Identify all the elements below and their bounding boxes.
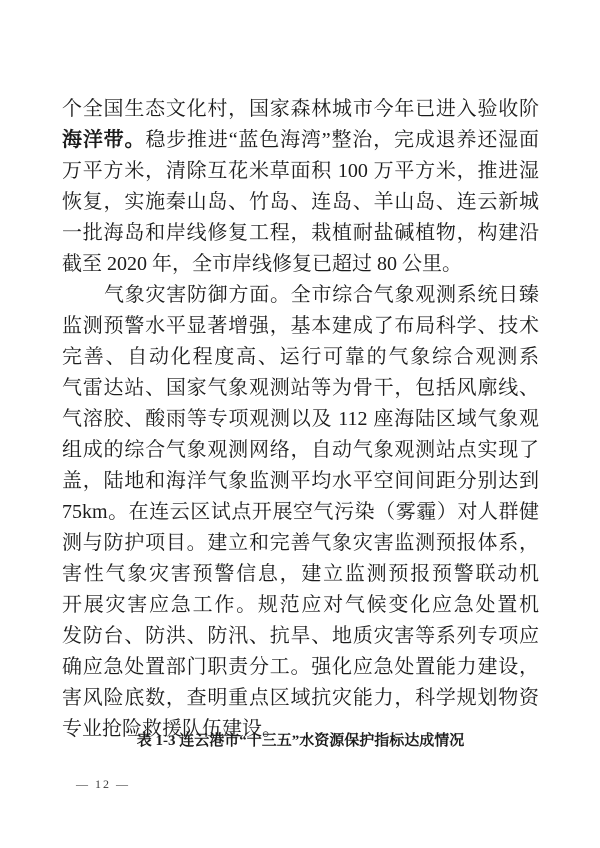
- text-segment: 完善、自动化程度高、运行可靠的气象综合观测系统。形成以天: [62, 346, 539, 373]
- text-segment: 害风险底数，查明重点区域抗灾能力，科学规划物资储备，加强: [62, 687, 539, 714]
- text-line: 盖，陆地和海洋气象监测平均水平空间间距分别达到 8km 和: [62, 466, 539, 497]
- text-line: 气溶胶、酸雨等专项观测以及 112 座海陆区域气象观测站为重要: [62, 404, 539, 435]
- table-caption: 表 1-3 连云港市“十三五”水资源保护指标达成情况: [62, 731, 539, 751]
- text-segment: 害性气象灾害预警信息，建立监测预报预警联动机制，灵活机动: [62, 563, 539, 590]
- text-line: 万平方米，清除互花米草面积 100 万平方米，推进湿地生态功能: [62, 156, 539, 187]
- text-line: 一批海岛和岸线修复工程，栽植耐盐碱植物，构建沿海生态屏障，: [62, 218, 539, 249]
- text-line: 海洋带。稳步推进“蓝色海湾”整治，完成退养还湿面积 244.6: [62, 125, 539, 156]
- text-line: 害风险底数，查明重点区域抗灾能力，科学规划物资储备，加强: [62, 683, 539, 714]
- text-segment: 测与防护项目。建立和完善气象灾害监测预报体系，及时发布灾: [62, 532, 539, 559]
- text-segment: 确应急处置部门职责分工。强化应急处置能力建设，摸清全市灾: [62, 656, 539, 683]
- text-line: 气雷达站、国家气象观测站等为骨干，包括风廓线、水汽、闪电、: [62, 373, 539, 404]
- text-segment: 气溶胶、酸雨等专项观测以及 112 座海陆区域气象观测站为重要: [62, 408, 539, 435]
- text-line: 组成的综合气象观测网络，自动气象观测站点实现了乡镇级全覆: [62, 435, 539, 466]
- text-segment: 一批海岛和岸线修复工程，栽植耐盐碱植物，构建沿海生态屏障，: [62, 222, 539, 249]
- page-number: — 12 —: [76, 776, 130, 792]
- document-page: 个全国生态文化村，国家森林城市今年已进入验收阶段。近海与 海洋带。稳步推进“蓝色…: [0, 0, 600, 848]
- text-line: 截至 2020 年，全市岸线修复已超过 80 公里。: [62, 249, 539, 280]
- text-line: 发防台、防洪、防汛、抗旱、地质灾害等系列专项应急预案，明: [62, 621, 539, 652]
- text-segment: 恢复，实施秦山岛、竹岛、连岛、羊山岛、连云新城临洪河口等: [62, 191, 539, 218]
- text-line: 确应急处置部门职责分工。强化应急处置能力建设，摸清全市灾: [62, 652, 539, 683]
- text-segment: 截至 2020 年，全市岸线修复已超过 80 公里。: [62, 253, 462, 275]
- bold-text-segment: 海洋带。: [62, 129, 145, 151]
- text-line: 75km。在连云区试点开展空气污染（雾霾）对人群健康影响监: [62, 497, 539, 528]
- body-text-block: 个全国生态文化村，国家森林城市今年已进入验收阶段。近海与 海洋带。稳步推进“蓝色…: [62, 94, 539, 745]
- text-segment: 万平方米，清除互花米草面积 100 万平方米，推进湿地生态功能: [62, 160, 539, 187]
- text-line: 监测预警水平显著增强，基本建成了布局科学、技术先进、功能: [62, 311, 539, 342]
- text-line: 个全国生态文化村，国家森林城市今年已进入验收阶段。近海与: [62, 94, 539, 125]
- text-segment: 个全国生态文化村，国家森林城市今年已进入验收阶段。: [62, 98, 539, 125]
- text-line: 完善、自动化程度高、运行可靠的气象综合观测系统。形成以天: [62, 342, 539, 373]
- text-segment: 组成的综合气象观测网络，自动气象观测站点实现了乡镇级全覆: [62, 439, 539, 466]
- text-line: 测与防护项目。建立和完善气象灾害监测预报体系，及时发布灾: [62, 528, 539, 559]
- text-segment: 盖，陆地和海洋气象监测平均水平空间间距分别达到 8km 和: [62, 470, 539, 497]
- text-segment: 气雷达站、国家气象观测站等为骨干，包括风廓线、水汽、闪电、: [62, 377, 539, 404]
- text-line: 恢复，实施秦山岛、竹岛、连岛、羊山岛、连云新城临洪河口等: [62, 187, 539, 218]
- text-line: 害性气象灾害预警信息，建立监测预报预警联动机制，灵活机动: [62, 559, 539, 590]
- text-segment: 开展灾害应急工作。规范应对气候变化应急处置机制，完善并印: [62, 594, 539, 621]
- text-line: 开展灾害应急工作。规范应对气候变化应急处置机制，完善并印: [62, 590, 539, 621]
- text-segment: 发防台、防洪、防汛、抗旱、地质灾害等系列专项应急预案，明: [62, 625, 539, 652]
- text-line: 气象灾害防御方面。全市综合气象观测系统日臻完善，气象: [62, 280, 539, 311]
- text-segment: 75km。在连云区试点开展空气污染（雾霾）对人群健康影响监: [62, 501, 539, 528]
- text-segment: 气象灾害防御方面。全市综合气象观测系统日臻完善，气象: [62, 284, 539, 311]
- text-segment: 监测预警水平显著增强，基本建成了布局科学、技术先进、功能: [62, 315, 539, 342]
